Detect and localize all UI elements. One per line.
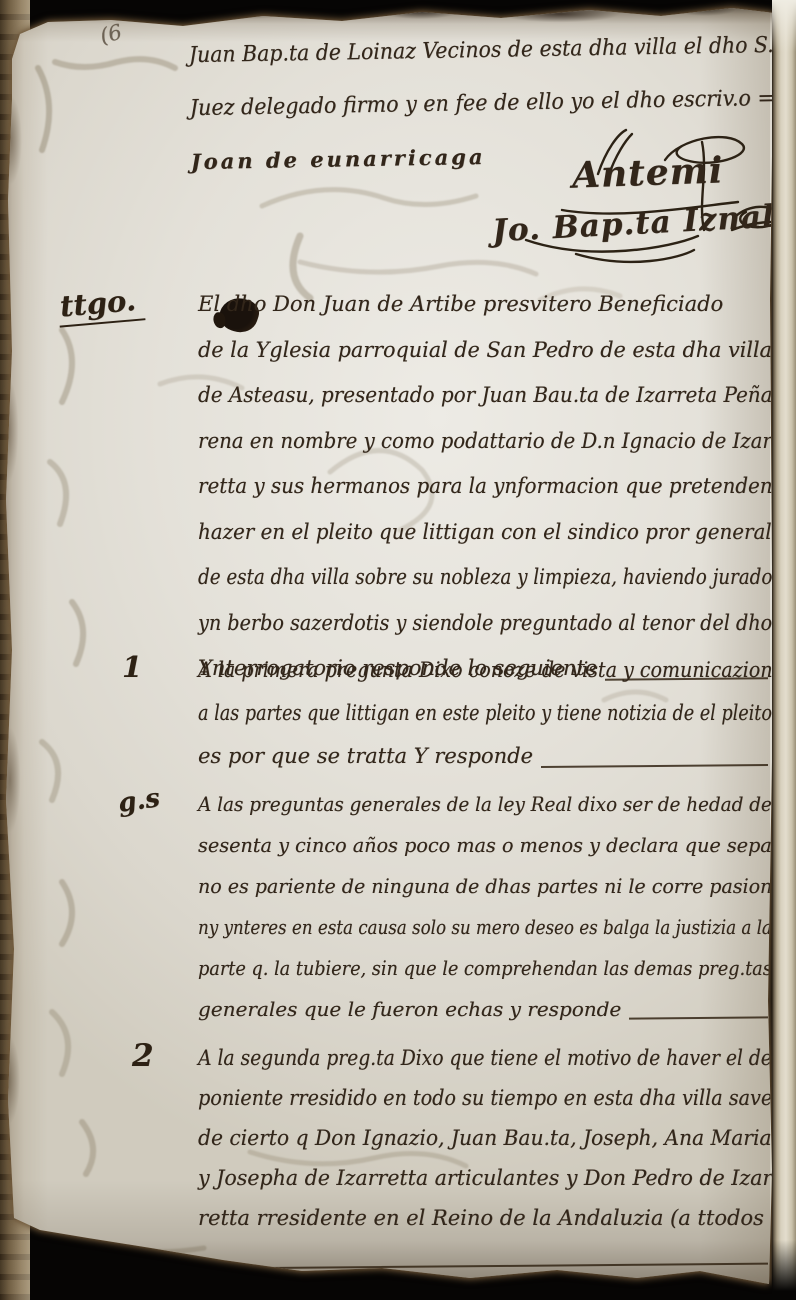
manuscript-line: y Josepha de Izarretta articulantes y Do…: [198, 1166, 772, 1206]
manuscript-line: [198, 1246, 772, 1286]
manuscript-line: de cierto q Don Ignazio, Juan Bau.ta, Jo…: [198, 1126, 772, 1166]
page-wrap: (6 Juan Bap.ta de Loinaz Vecinos de esta…: [0, 0, 796, 1300]
manuscript-line: generales que le fueron echas y responde: [198, 997, 772, 1038]
manuscript-line: es por que se tratta Y responde: [198, 744, 772, 787]
margin-mark-question-2: 2: [132, 1038, 154, 1074]
manuscript-line: de la Yglesia parroquial de San Pedro de…: [198, 338, 772, 384]
paragraph-question-2: A la segunda preg.ta Dixo que tiene el m…: [198, 1046, 772, 1286]
ink-rule: [228, 1263, 768, 1270]
adjacent-page-edge: [772, 0, 796, 1300]
deckle-left-edge: [0, 0, 48, 1300]
manuscript-line: El dho Don Juan de Artibe presvitero Ben…: [198, 292, 772, 338]
manuscript-line: a las partes que littigan en este pleito…: [198, 701, 772, 744]
paragraph-generales: A las preguntas generales de la ley Real…: [198, 792, 772, 1038]
manuscript-line: A la primera pregunta Dixo conoze de vis…: [198, 658, 772, 701]
manuscript-line: parte q. la tubiere, sin que le comprehe…: [198, 956, 772, 997]
ink-rule: [541, 764, 768, 768]
manuscript-line: A la segunda preg.ta Dixo que tiene el m…: [198, 1046, 772, 1086]
manuscript-line: de esta dha villa sobre su nobleza y lim…: [198, 565, 772, 611]
manuscript-line: poniente rresidido en todo su tiempo en …: [198, 1086, 772, 1126]
paragraph-question-1: A la primera pregunta Dixo conoze de vis…: [198, 658, 772, 787]
manuscript-line: no es pariente de ninguna de dhas partes…: [198, 874, 772, 915]
margin-mark-question-1: 1: [122, 650, 142, 684]
manuscript-line: rena en nombre y como podattario de D.n …: [198, 429, 772, 475]
manuscript-line: yn berbo sazerdotis y siendole preguntad…: [198, 611, 772, 657]
manuscript-line: A las preguntas generales de la ley Real…: [198, 792, 772, 833]
margin-mark-generales: g.s: [116, 783, 162, 819]
margin-mark-witness: ttgo.: [57, 282, 146, 327]
ink-rule: [629, 1016, 768, 1019]
manuscript-line: retta y sus hermanos para la ynformacion…: [198, 474, 772, 520]
signature-rubric: [480, 122, 796, 272]
manuscript-line: retta rresidente en el Reino de la Andal…: [198, 1206, 772, 1246]
manuscript-line: sesenta y cinco años poco mas o menos y …: [198, 833, 772, 874]
manuscript-page: (6 Juan Bap.ta de Loinaz Vecinos de esta…: [0, 0, 796, 1300]
manuscript-line: de Asteasu, presentado por Juan Bau.ta d…: [198, 383, 772, 429]
manuscript-line: ny ynteres en esta causa solo su mero de…: [198, 915, 772, 956]
paragraph-intro: El dho Don Juan de Artibe presvitero Ben…: [198, 292, 772, 702]
manuscript-photo: (6 Juan Bap.ta de Loinaz Vecinos de esta…: [0, 0, 796, 1300]
ante-mi-signature: Antemi: [571, 149, 724, 196]
manuscript-line: hazer en el pleito que littigan con el s…: [198, 520, 772, 566]
